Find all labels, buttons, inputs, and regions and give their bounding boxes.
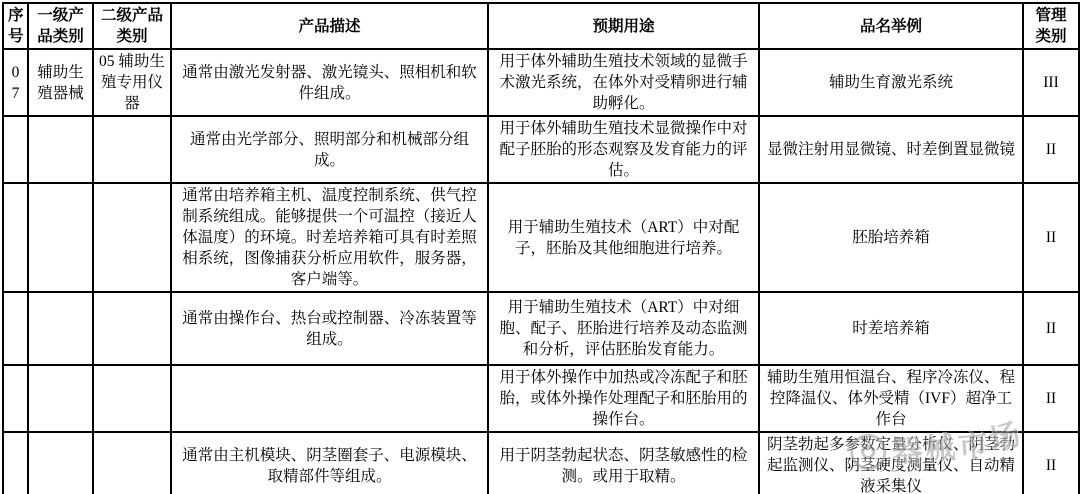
cell-no bbox=[3, 183, 28, 292]
cell-cat2 bbox=[93, 432, 171, 494]
cell-desc: 通常由培养箱主机、温度控制系统、供气控制系统组成。能够提供一个可温控（接近人体温… bbox=[171, 183, 488, 292]
table-row: 通常由主机模块、阴茎圈套子、电源模块、取精部件等组成。 用于阴茎勃起状态、阴茎敏… bbox=[3, 432, 1079, 494]
cell-cat2 bbox=[93, 292, 171, 365]
table-row: 通常由培养箱主机、温度控制系统、供气控制系统组成。能够提供一个可温控（接近人体温… bbox=[3, 183, 1079, 292]
cell-use: 用于阴茎勃起状态、阴茎敏感性的检测。或用于取精。 bbox=[488, 432, 759, 494]
cell-class: II bbox=[1023, 292, 1079, 365]
cell-no bbox=[3, 292, 28, 365]
cell-class: II bbox=[1023, 183, 1079, 292]
table-row: 通常由操作台、热台或控制器、冷冻装置等组成。 用于辅助生殖技术（ART）中对细胞… bbox=[3, 292, 1079, 365]
cell-use: 用于体外操作中加热或冷冻配子和胚胎，或体外操作处理配子和胚胎用的操作台。 bbox=[488, 365, 759, 432]
document-page: 序号 一级产品类别 二级产品类别 产品描述 预期用途 品名举例 管理类别 07 … bbox=[0, 0, 1080, 494]
cell-desc: 通常由主机模块、阴茎圈套子、电源模块、取精部件等组成。 bbox=[171, 432, 488, 494]
cell-cat2: 05 辅助生殖专用仪器 bbox=[93, 49, 171, 116]
cell-class: II bbox=[1023, 365, 1079, 432]
col-header-no: 序号 bbox=[3, 3, 28, 49]
cell-cat1 bbox=[28, 292, 93, 365]
col-header-use: 预期用途 bbox=[488, 3, 759, 49]
cell-examples: 阴茎勃起多参数定量分析仪、阴茎勃起监测仪、阴茎硬度测量仪、自动精液采集仪 bbox=[759, 432, 1023, 494]
cell-desc: 通常由光学部分、照明部分和机械部分组成。 bbox=[171, 116, 488, 183]
cell-desc: 通常由操作台、热台或控制器、冷冻装置等组成。 bbox=[171, 292, 488, 365]
col-header-cat2: 二级产品类别 bbox=[93, 3, 171, 49]
table-header-row: 序号 一级产品类别 二级产品类别 产品描述 预期用途 品名举例 管理类别 bbox=[3, 3, 1079, 49]
table-row: 通常由光学部分、照明部分和机械部分组成。 用于体外辅助生殖技术显微操作中对配子胚… bbox=[3, 116, 1079, 183]
cell-cat2 bbox=[93, 365, 171, 432]
cell-desc bbox=[171, 365, 488, 432]
cell-no bbox=[3, 116, 28, 183]
cell-examples: 辅助生殖用恒温台、程序冷冻仪、程控降温仪、体外受精（IVF）超净工作台 bbox=[759, 365, 1023, 432]
cell-examples: 显微注射用显微镜、时差倒置显微镜 bbox=[759, 116, 1023, 183]
cell-cat1 bbox=[28, 432, 93, 494]
cell-cat2 bbox=[93, 183, 171, 292]
cell-examples: 胚胎培养箱 bbox=[759, 183, 1023, 292]
table-row: 用于体外操作中加热或冷冻配子和胚胎，或体外操作处理配子和胚胎用的操作台。 辅助生… bbox=[3, 365, 1079, 432]
cell-cat1 bbox=[28, 365, 93, 432]
cell-use: 用于体外辅助生殖技术显微操作中对配子胚胎的形态观察及发育能力的评估。 bbox=[488, 116, 759, 183]
cell-examples: 辅助生育激光系统 bbox=[759, 49, 1023, 116]
cell-no bbox=[3, 365, 28, 432]
cell-class: II bbox=[1023, 116, 1079, 183]
classification-table: 序号 一级产品类别 二级产品类别 产品描述 预期用途 品名举例 管理类别 07 … bbox=[2, 2, 1080, 494]
cell-use: 用于体外辅助生殖技术领域的显微手术激光系统，在体外对受精卵进行辅助孵化。 bbox=[488, 49, 759, 116]
cell-use: 用于辅助生殖技术（ART）中对配子，胚胎及其他细胞进行培养。 bbox=[488, 183, 759, 292]
cell-cat1 bbox=[28, 183, 93, 292]
cell-no: 07 bbox=[3, 49, 28, 116]
cell-cat2 bbox=[93, 116, 171, 183]
table-row: 07 辅助生殖器械 05 辅助生殖专用仪器 通常由激光发射器、激光镜头、照相机和… bbox=[3, 49, 1079, 116]
cell-cat1: 辅助生殖器械 bbox=[28, 49, 93, 116]
cell-examples: 时差培养箱 bbox=[759, 292, 1023, 365]
col-header-cat1: 一级产品类别 bbox=[28, 3, 93, 49]
col-header-class: 管理类别 bbox=[1023, 3, 1079, 49]
cell-cat1 bbox=[28, 116, 93, 183]
cell-no bbox=[3, 432, 28, 494]
col-header-examples: 品名举例 bbox=[759, 3, 1023, 49]
col-header-desc: 产品描述 bbox=[171, 3, 488, 49]
cell-class: III bbox=[1023, 49, 1079, 116]
cell-use: 用于辅助生殖技术（ART）中对细胞、配子、胚胎进行培养及动态监测和分析，评估胚胎… bbox=[488, 292, 759, 365]
cell-desc: 通常由激光发射器、激光镜头、照相机和软件组成。 bbox=[171, 49, 488, 116]
cell-class: II bbox=[1023, 432, 1079, 494]
